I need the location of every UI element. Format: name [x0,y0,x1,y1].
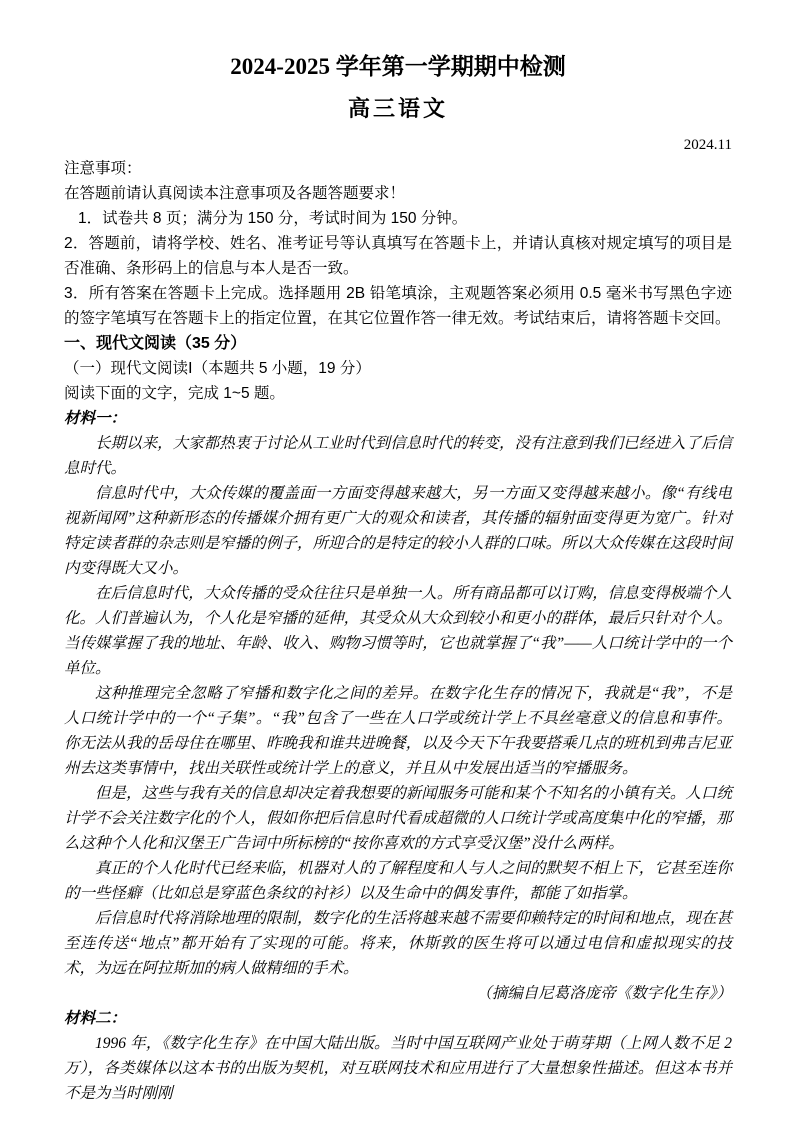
material-one: 材料一： 长期以来，大家都热衷于讨论从工业时代到信息时代的转变，没有注意到我们已… [64,406,732,1006]
material-one-paragraph: 但是，这些与我有关的信息却决定着我想要的新闻服务可能和某个不知名的小镇有关。人口… [64,781,732,856]
exam-title: 2024-2025 学年第一学期期中检测 [64,52,732,82]
reading-section: 一、现代文阅读（35 分） （一）现代文阅读Ⅰ（本题共 5 小题，19 分） 阅… [64,331,732,406]
material-two-label: 材料二： [64,1006,732,1031]
exam-paper-page: 2024-2025 学年第一学期期中检测 高三语文 2024.11 注意事项： … [0,0,794,1123]
material-one-paragraph: 后信息时代将消除地理的限制，数字化的生活将越来越不需要仰赖特定的时间和地点，现在… [64,906,732,981]
material-two: 材料二： 1996 年，《数字化生存》在中国大陆出版。当时中国互联网产业处于萌芽… [64,1006,732,1106]
notice-section: 注意事项： 在答题前请认真阅读本注意事项及各题答题要求！ 1．试卷共 8 页；满… [64,156,732,331]
material-one-paragraph: 这种推理完全忽略了窄播和数字化之间的差异。在数字化生存的情况下，我就是“我”，不… [64,681,732,781]
section-heading: 一、现代文阅读（35 分） [64,331,732,356]
exam-subject: 高三语文 [64,94,732,124]
material-one-paragraph: 在后信息时代，大众传播的受众往往只是单独一人。所有商品都可以订购，信息变得极端个… [64,581,732,681]
notice-intro: 在答题前请认真阅读本注意事项及各题答题要求！ [64,181,732,206]
material-one-paragraph: 长期以来，大家都热衷于讨论从工业时代到信息时代的转变，没有注意到我们已经进入了后… [64,431,732,481]
notice-item-1: 1．试卷共 8 页；满分为 150 分，考试时间为 150 分钟。 [64,206,732,231]
material-two-paragraph: 1996 年，《数字化生存》在中国大陆出版。当时中国互联网产业处于萌芽期（上网人… [64,1031,732,1106]
notice-heading: 注意事项： [64,156,732,181]
notice-item-2: 2．答题前，请将学校、姓名、准考证号等认真填写在答题卡上，并请认真核对规定填写的… [64,231,732,281]
material-one-paragraph: 信息时代中，大众传媒的覆盖面一方面变得越来越大，另一方面又变得越来越小。像“有线… [64,481,732,581]
exam-date: 2024.11 [64,134,732,156]
material-one-attribution: （摘编自尼葛洛庞帝《数字化生存》） [64,981,732,1006]
material-one-label: 材料一： [64,406,732,431]
section-subheading: （一）现代文阅读Ⅰ（本题共 5 小题，19 分） [64,356,732,381]
section-instruction: 阅读下面的文字，完成 1~5 题。 [64,381,732,406]
material-one-paragraph: 真正的个人化时代已经来临，机器对人的了解程度和人与人之间的默契不相上下，它甚至连… [64,856,732,906]
notice-item-3: 3．所有答案在答题卡上完成。选择题用 2B 铅笔填涂，主观题答案必须用 0.5 … [64,281,732,331]
